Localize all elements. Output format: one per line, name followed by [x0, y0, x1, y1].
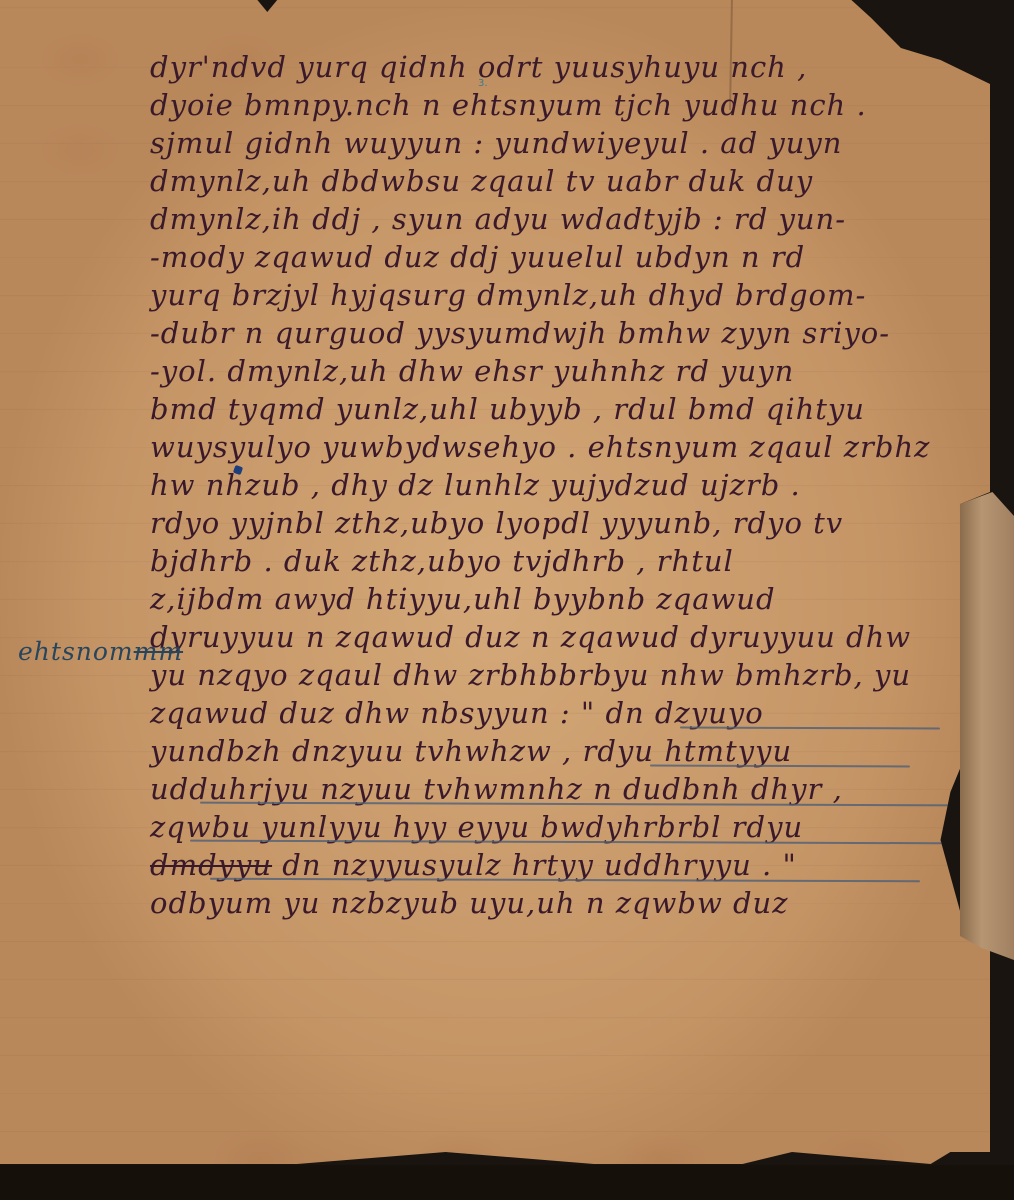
manuscript-line: dyoie bmnpy.nch n ehtsnyum tjch yudhu nc…: [150, 86, 980, 124]
manuscript-line: dmynlz,uh dbdwbsu zqaul tv uabr duk duy: [150, 162, 980, 200]
manuscript-line: dmynlz,ih ddj , syun adyu wdadtyjb : rd …: [150, 200, 980, 238]
manuscript-line: wuysyulyo yuwbydwsehyo . ehtsnyum zqaul …: [150, 428, 980, 466]
manuscript-line: z,ijbdm awyd htiyyu,uhl byybnb zqawud: [150, 580, 980, 618]
manuscript-line: zqwbu yunlyyu hyy eyyu bwdyhrbrbl rdyu: [150, 808, 980, 846]
manuscript-line: bjdhrb . duk zthz,ubyo tvjdhrb , rhtul: [150, 542, 980, 580]
manuscript-line: dyr'ndvd yurq qidnh odrt yuusyhuyu nch ,: [150, 48, 980, 86]
manuscript-line: odbyum yu nzbzyub uyu,uh n zqwbw duz: [150, 884, 980, 922]
background-edge: [0, 1165, 1014, 1200]
struck-word: dmdyyu: [150, 848, 272, 882]
manuscript-line: yu nzqyo zqaul dhw zrbhbbrbyu nhw bmhzrb…: [150, 656, 980, 694]
margin-annotation: ehtsnommm: [18, 637, 183, 666]
handwritten-text-block: dyr'ndvd yurq qidnh odrt yuusyhuyu nch ,…: [150, 48, 980, 922]
manuscript-line: -mody zqawud duz ddj yuuelul ubdyn n rd: [150, 238, 980, 276]
manuscript-line: dmdyyu dn nzyyusyulz hrtyy uddhryyu . ": [150, 846, 980, 884]
manuscript-line: udduhrjyu nzyuu tvhwmnhz n dudbnh dhyr ,: [150, 770, 980, 808]
manuscript-page: 3. dyr'ndvd yurq qidnh odrt yuusyhuyu nc…: [0, 0, 990, 1200]
manuscript-line: sjmul gidnh wuyyun : yundwiyeyul . ad yu…: [150, 124, 980, 162]
manuscript-line: -yol. dmynlz,uh dhw ehsr yuhnhz rd yuyn: [150, 352, 980, 390]
manuscript-line: dyruyyuu n zqawud duz n zqawud dyruyyuu …: [150, 618, 980, 656]
manuscript-line: yundbzh dnzyuu tvhwhzw , rdyu htmtyyu: [150, 732, 980, 770]
manuscript-line: rdyo yyjnbl zthz,ubyo lyopdl yyyunb, rdy…: [150, 504, 980, 542]
margin-annotation-struck: mm: [134, 637, 183, 666]
manuscript-line: yurq brzjyl hyjqsurg dmynlz,uh dhyd brdg…: [150, 276, 980, 314]
manuscript-line: -dubr n qurguod yysyumdwjh bmhw zyyn sri…: [150, 314, 980, 352]
margin-annotation-text: ehtsnom: [18, 637, 134, 666]
manuscript-line: hw nhzub , dhy dz lunhlz yujydzud ujzrb …: [150, 466, 980, 504]
manuscript-line: bmd tyqmd yunlz,uhl ubyyb , rdul bmd qih…: [150, 390, 980, 428]
manuscript-line: zqawud duz dhw nbsyyun : " dn dzyuyo: [150, 694, 980, 732]
